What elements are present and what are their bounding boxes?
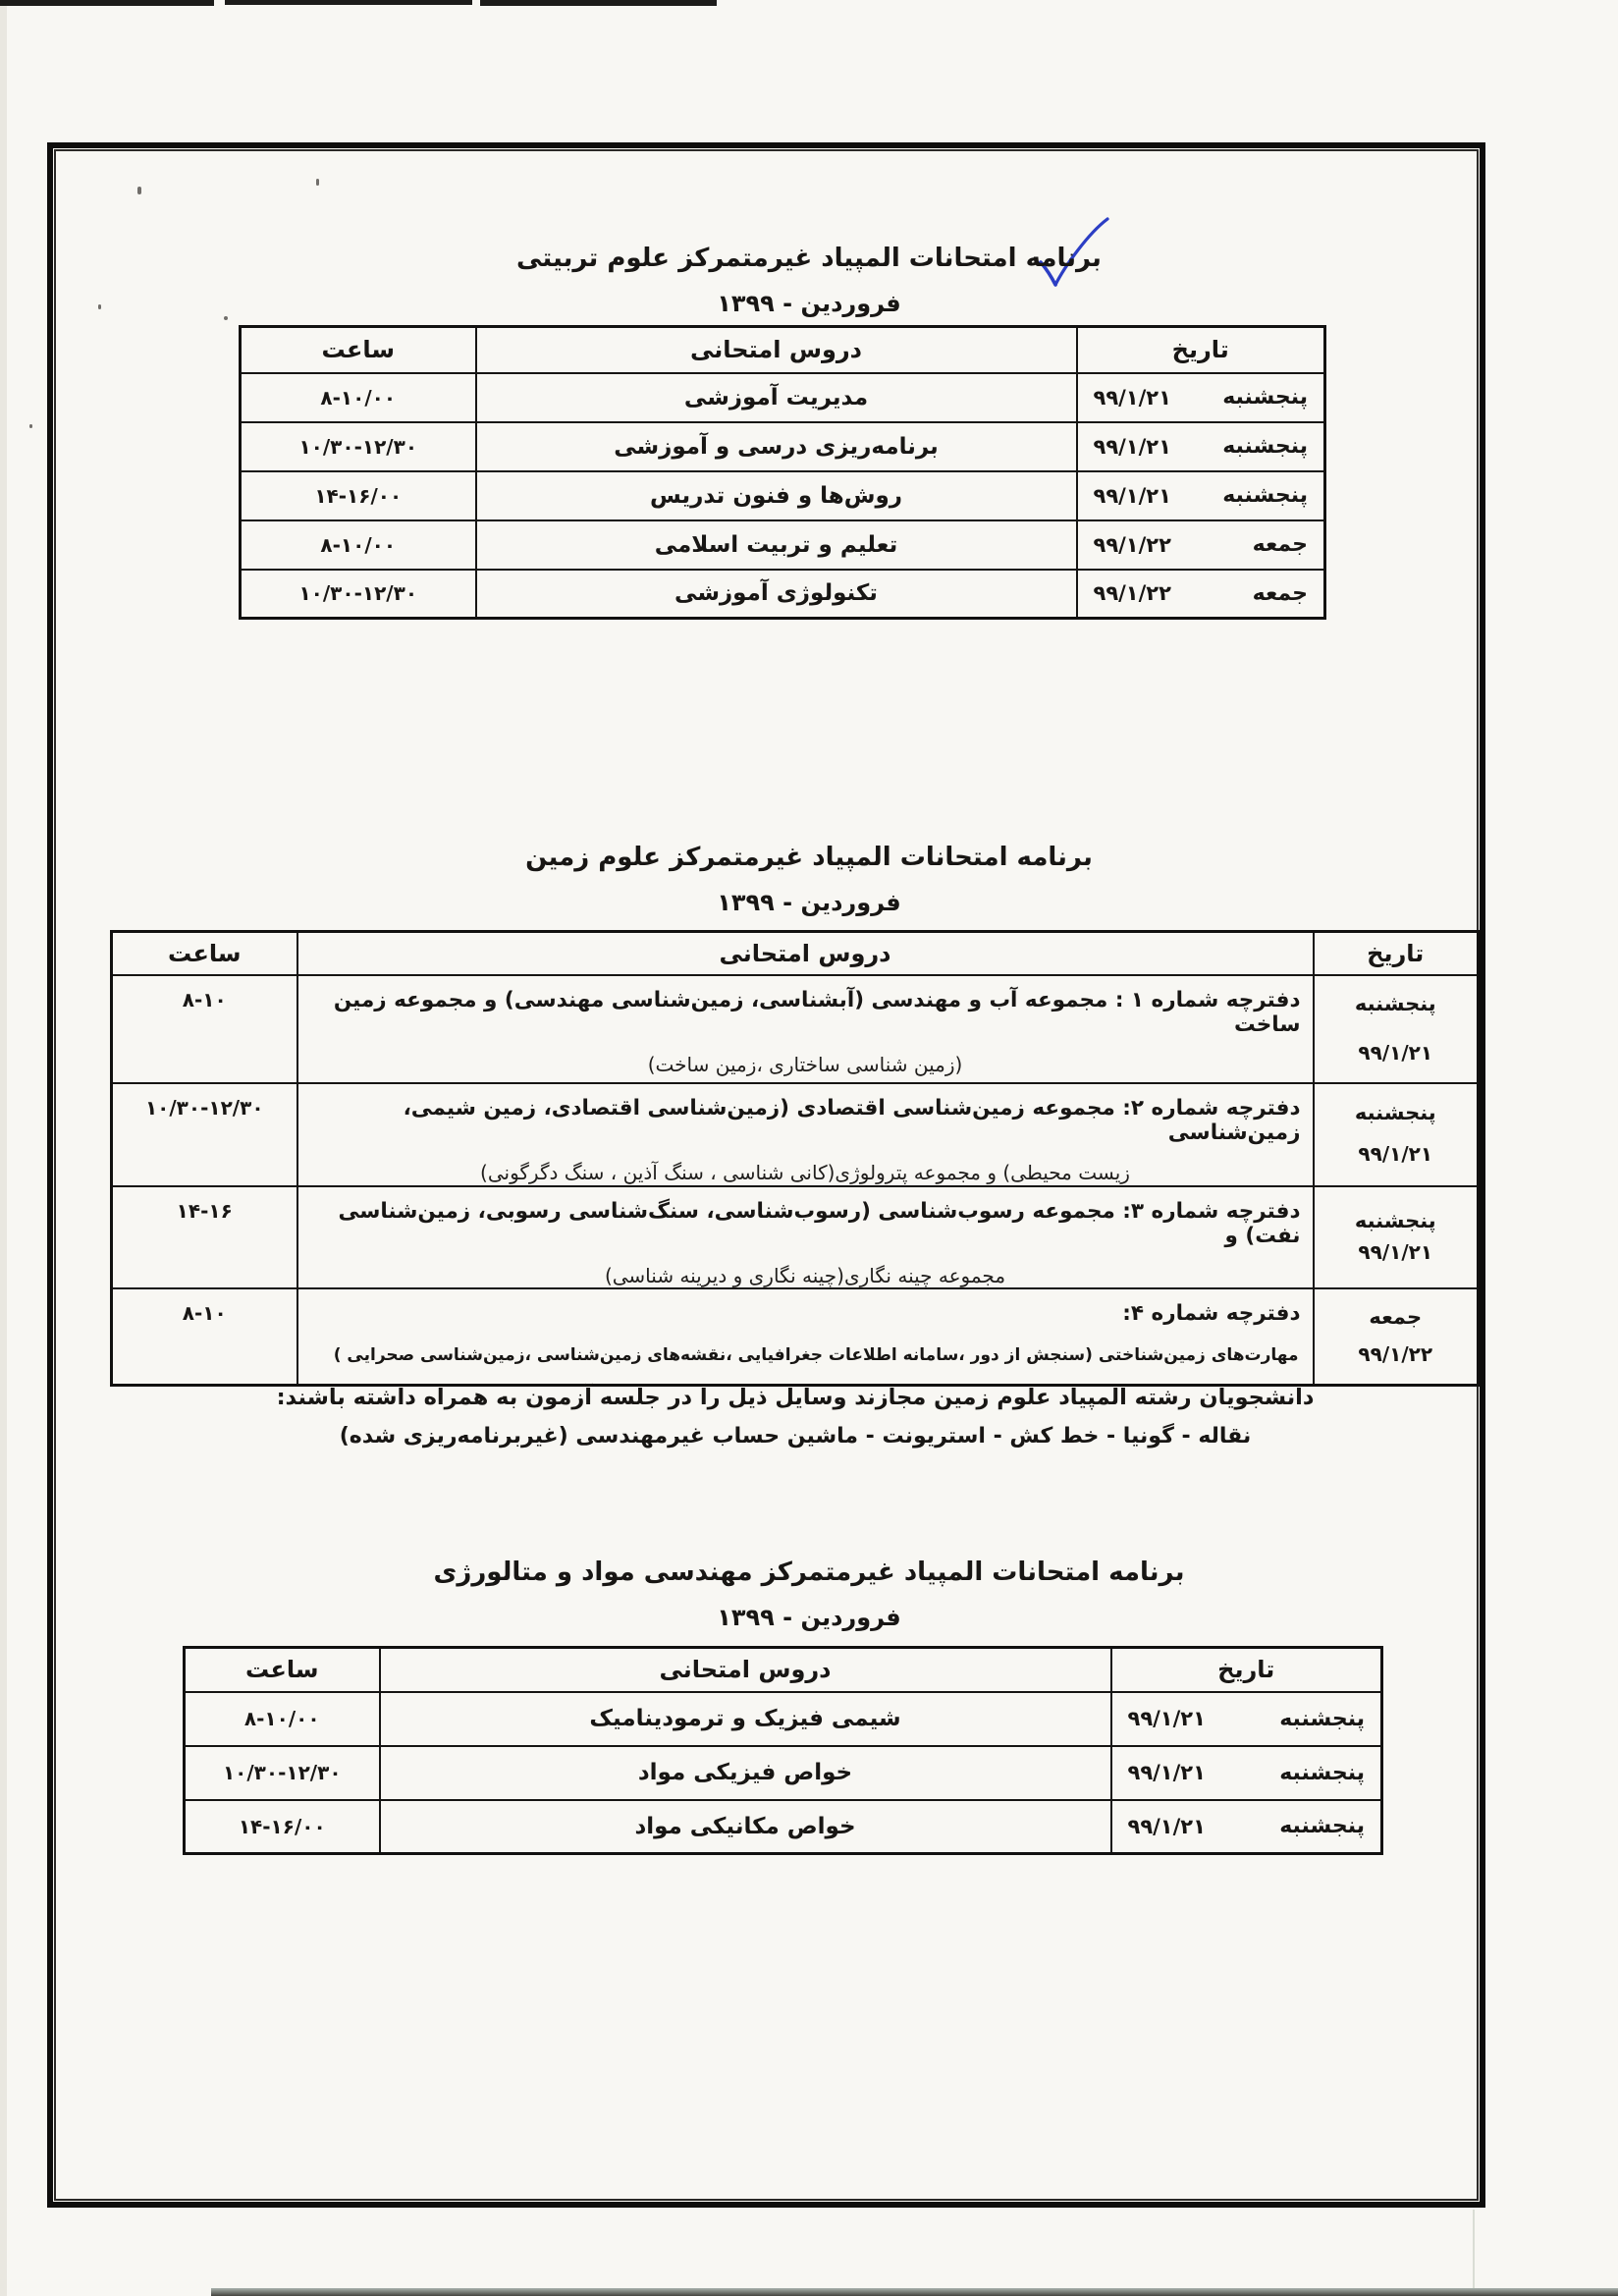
subject-cell: تکنولوژی آموزشی xyxy=(476,570,1077,619)
section2-subtitle: فروردین - ۱۳۹۹ xyxy=(416,889,1202,916)
table-row: جمعه۹۹/۱/۲۲ تعلیم و تربیت اسلامی ۸-۱۰/۰۰ xyxy=(241,520,1325,570)
subject-cell: دفترچه شماره ۳: مجموعه رسوب‌شناسی (رسوب‌… xyxy=(297,1186,1314,1288)
table-row: پنجشنبه۹۹/۱/۲۱ خواص فیزیکی مواد ۱۰/۳۰-۱۲… xyxy=(185,1746,1382,1800)
date-value: ۹۹/۱/۲۲ xyxy=(1094,581,1171,605)
subject-cell: دفترچه شماره ۱ : مجموعه آب و مهندسی (آبش… xyxy=(297,975,1314,1083)
table-row: پنجشنبه۹۹/۱/۲۱ خواص مکانیکی مواد ۱۴-۱۶/۰… xyxy=(185,1800,1382,1854)
subject-cell: شیمی فیزیک و ترمودینامیک xyxy=(380,1692,1111,1746)
subject-line2: مجموعه چینه نگاری(چینه نگاری و دیرینه شن… xyxy=(298,1248,1313,1287)
table-row: جمعه۹۹/۱/۲۲ دفترچه شماره ۴: مهارت‌های زم… xyxy=(112,1288,1479,1386)
earth-sciences-allowed-tools: نقاله - گونیا - خط کش - استریونت - ماشین… xyxy=(113,1424,1478,1449)
day-label: پنجشنبه xyxy=(1355,1101,1436,1124)
subject-line2: (زمین شناسی ساختاری ،زمین ساخت) xyxy=(298,1037,1313,1076)
date-value: ۹۹/۱/۲۱ xyxy=(1128,1815,1206,1838)
section3-subtitle: فروردین - ۱۳۹۹ xyxy=(416,1604,1202,1631)
date-cell: پنجشنبه۹۹/۱/۲۱ xyxy=(1314,1083,1479,1186)
scan-artifact-top-bar xyxy=(0,0,214,6)
date-value: ۹۹/۱/۲۱ xyxy=(1128,1707,1206,1730)
time-cell: ۸-۱۰ xyxy=(112,975,297,1083)
section1-subtitle: فروردین - ۱۳۹۹ xyxy=(416,290,1202,317)
subject-cell: روش‌ها و فنون تدریس xyxy=(476,471,1077,520)
table-row: پنجشنبه۹۹/۱/۲۱ مدیریت آموزشی ۸-۱۰/۰۰ xyxy=(241,373,1325,422)
date-value: ۹۹/۱/۲۱ xyxy=(1128,1761,1206,1784)
col-header-time: ساعت xyxy=(112,932,297,975)
date-cell: پنجشنبه۹۹/۱/۲۱ xyxy=(1111,1800,1382,1854)
earth-sciences-table: تاریخ دروس امتحانی ساعت پنجشنبه۹۹/۱/۲۱ د… xyxy=(110,930,1480,1387)
date-value: ۹۹/۱/۲۲ xyxy=(1358,1342,1432,1366)
time-cell: ۸-۱۰/۰۰ xyxy=(241,373,476,422)
date-cell: پنجشنبه۹۹/۱/۲۱ xyxy=(1077,422,1325,471)
col-header-date: تاریخ xyxy=(1314,932,1479,975)
day-label: پنجشنبه xyxy=(1279,1707,1365,1731)
time-cell: ۸-۱۰ xyxy=(112,1288,297,1386)
earth-sciences-note: دانشجویان رشته المپیاد علوم زمین مجازند … xyxy=(113,1385,1478,1410)
day-label: پنجشنبه xyxy=(1222,434,1308,459)
educational-sciences-table: تاریخ دروس امتحانی ساعت پنجشنبه۹۹/۱/۲۱ م… xyxy=(239,325,1326,620)
col-header-subject: دروس امتحانی xyxy=(297,932,1314,975)
subject-cell: برنامه‌ریزی درسی و آموزشی xyxy=(476,422,1077,471)
page-edge-shadow xyxy=(0,0,7,2296)
date-value: ۹۹/۱/۲۱ xyxy=(1358,1240,1432,1264)
subject-line1: دفترچه شماره ۱ : مجموعه آب و مهندسی (آبش… xyxy=(298,976,1313,1037)
col-header-subject: دروس امتحانی xyxy=(380,1648,1111,1692)
day-label: جمعه xyxy=(1253,581,1308,606)
col-header-time: ساعت xyxy=(185,1648,380,1692)
table-row: جمعه۹۹/۱/۲۲ تکنولوژی آموزشی ۱۰/۳۰-۱۲/۳۰ xyxy=(241,570,1325,619)
scanned-exam-schedule-page: برنامه امتحانات المپیاد غیرمتمرکز علوم ت… xyxy=(0,0,1618,2296)
date-cell: جمعه۹۹/۱/۲۲ xyxy=(1314,1288,1479,1386)
table-row: پنجشنبه۹۹/۱/۲۱ دفترچه شماره ۱ : مجموعه آ… xyxy=(112,975,1479,1083)
day-label: جمعه xyxy=(1253,532,1308,557)
day-label: پنجشنبه xyxy=(1279,1761,1365,1785)
date-cell: پنجشنبه۹۹/۱/۲۱ xyxy=(1111,1746,1382,1800)
time-cell: ۱۴-۱۶/۰۰ xyxy=(241,471,476,520)
table-row: پنجشنبه۹۹/۱/۲۱ برنامه‌ریزی درسی و آموزشی… xyxy=(241,422,1325,471)
subject-cell: خواص فیزیکی مواد xyxy=(380,1746,1111,1800)
subject-line1: دفترچه شماره ۳: مجموعه رسوب‌شناسی (رسوب‌… xyxy=(298,1187,1313,1248)
date-value: ۹۹/۱/۲۱ xyxy=(1094,386,1171,410)
day-label: پنجشنبه xyxy=(1222,483,1308,508)
date-cell: پنجشنبه۹۹/۱/۲۱ xyxy=(1077,373,1325,422)
section2-title: برنامه امتحانات المپیاد غیرمتمرکز علوم ز… xyxy=(416,843,1202,872)
subject-cell: دفترچه شماره ۴: مهارت‌های زمین‌شناختی (س… xyxy=(297,1288,1314,1386)
table-row: پنجشنبه۹۹/۱/۲۱ شیمی فیزیک و ترمودینامیک … xyxy=(185,1692,1382,1746)
date-value: ۹۹/۱/۲۱ xyxy=(1358,1142,1432,1166)
scan-artifact-bottom-bar xyxy=(211,2288,1618,2296)
table-row: پنجشنبه۹۹/۱/۲۱ روش‌ها و فنون تدریس ۱۴-۱۶… xyxy=(241,471,1325,520)
date-cell: جمعه۹۹/۱/۲۲ xyxy=(1077,520,1325,570)
time-cell: ۱۴-۱۶/۰۰ xyxy=(185,1800,380,1854)
time-cell: ۸-۱۰/۰۰ xyxy=(241,520,476,570)
materials-metallurgy-table: تاریخ دروس امتحانی ساعت پنجشنبه۹۹/۱/۲۱ ش… xyxy=(183,1646,1383,1855)
subject-cell: خواص مکانیکی مواد xyxy=(380,1800,1111,1854)
date-value: ۹۹/۱/۲۱ xyxy=(1094,435,1171,459)
scan-speck xyxy=(29,424,32,428)
time-cell: ۱۰/۳۰-۱۲/۳۰ xyxy=(241,570,476,619)
day-label: پنجشنبه xyxy=(1355,992,1436,1015)
subject-line1: دفترچه شماره ۲: مجموعه زمین‌شناسی اقتصاد… xyxy=(298,1084,1313,1145)
day-label: جمعه xyxy=(1369,1305,1422,1329)
time-cell: ۱۰/۳۰-۱۲/۳۰ xyxy=(112,1083,297,1186)
subject-line1: دفترچه شماره ۴: xyxy=(298,1289,1313,1326)
day-label: پنجشنبه xyxy=(1222,385,1308,410)
time-cell: ۸-۱۰/۰۰ xyxy=(185,1692,380,1746)
subject-cell: مدیریت آموزشی xyxy=(476,373,1077,422)
date-cell: پنجشنبه۹۹/۱/۲۱ xyxy=(1314,1186,1479,1288)
scan-artifact-top-bar xyxy=(480,0,717,6)
section3-title: برنامه امتحانات المپیاد غیرمتمرکز مهندسی… xyxy=(416,1558,1202,1587)
subject-cell: دفترچه شماره ۲: مجموعه زمین‌شناسی اقتصاد… xyxy=(297,1083,1314,1186)
col-header-time: ساعت xyxy=(241,327,476,373)
col-header-date: تاریخ xyxy=(1111,1648,1382,1692)
subject-cell: تعلیم و تربیت اسلامی xyxy=(476,520,1077,570)
date-cell: پنجشنبه۹۹/۱/۲۱ xyxy=(1111,1692,1382,1746)
scan-faint-line xyxy=(1473,2210,1475,2288)
table-header-row: تاریخ دروس امتحانی ساعت xyxy=(112,932,1479,975)
table-header-row: تاریخ دروس امتحانی ساعت xyxy=(185,1648,1382,1692)
section1-title: برنامه امتحانات المپیاد غیرمتمرکز علوم ت… xyxy=(416,244,1202,273)
scan-artifact-top-bar xyxy=(225,0,472,5)
day-label: پنجشنبه xyxy=(1355,1209,1436,1232)
time-cell: ۱۰/۳۰-۱۲/۳۰ xyxy=(185,1746,380,1800)
time-cell: ۱۰/۳۰-۱۲/۳۰ xyxy=(241,422,476,471)
date-value: ۹۹/۱/۲۲ xyxy=(1094,533,1171,557)
day-label: پنجشنبه xyxy=(1279,1814,1365,1838)
table-header-row: تاریخ دروس امتحانی ساعت xyxy=(241,327,1325,373)
time-cell: ۱۴-۱۶ xyxy=(112,1186,297,1288)
date-value: ۹۹/۱/۲۱ xyxy=(1094,484,1171,508)
date-cell: پنجشنبه۹۹/۱/۲۱ xyxy=(1314,975,1479,1083)
table-row: پنجشنبه۹۹/۱/۲۱ دفترچه شماره ۲: مجموعه زم… xyxy=(112,1083,1479,1186)
subject-line2: مهارت‌های زمین‌شناختی (سنجش از دور ،ساما… xyxy=(298,1326,1313,1365)
date-value: ۹۹/۱/۲۱ xyxy=(1358,1041,1432,1065)
date-cell: جمعه۹۹/۱/۲۲ xyxy=(1077,570,1325,619)
date-cell: پنجشنبه۹۹/۱/۲۱ xyxy=(1077,471,1325,520)
col-header-subject: دروس امتحانی xyxy=(476,327,1077,373)
col-header-date: تاریخ xyxy=(1077,327,1325,373)
subject-line2: زیست محیطی) و مجموعه پترولوژی(کانی شناسی… xyxy=(298,1145,1313,1184)
table-row: پنجشنبه۹۹/۱/۲۱ دفترچه شماره ۳: مجموعه رس… xyxy=(112,1186,1479,1288)
